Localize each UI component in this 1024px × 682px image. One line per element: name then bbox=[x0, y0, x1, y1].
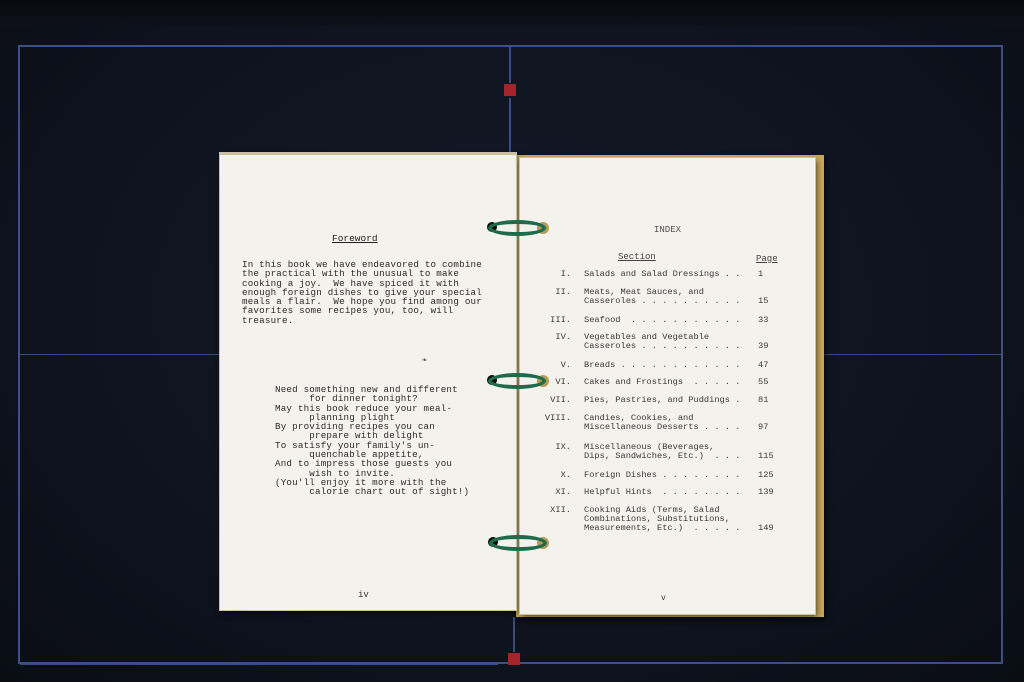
index-entry-title: Seafood . . . . . . . . . . . bbox=[584, 316, 740, 325]
index-entry-page: 39 bbox=[758, 342, 768, 351]
index-entry: VI.Cakes and Frostings . . . . .55 bbox=[520, 378, 815, 387]
index-entry-title: Pies, Pastries, and Puddings . bbox=[584, 396, 740, 405]
index-entry-number: V. bbox=[561, 361, 571, 370]
index-entry-page: 55 bbox=[758, 378, 768, 387]
binding-ring-icon bbox=[489, 535, 547, 551]
foreword-title: Foreword bbox=[332, 233, 378, 244]
index-entry-number: IV. bbox=[555, 333, 571, 342]
index-entry-number: II. bbox=[555, 288, 571, 297]
index-entry-page: 15 bbox=[758, 297, 768, 306]
index-entry-title: Helpful Hints . . . . . . . . bbox=[584, 488, 740, 497]
foreword-poem: Need something new and different for din… bbox=[275, 385, 469, 497]
index-entry-number: I. bbox=[561, 270, 571, 279]
index-entry-number: VI. bbox=[555, 378, 571, 387]
index-entry: X.Foreign Dishes . . . . . . . .125 bbox=[520, 471, 815, 480]
binding-ring-icon bbox=[488, 373, 546, 389]
guide-vertical-top bbox=[509, 47, 511, 83]
guide-horizontal-bottom-left bbox=[20, 664, 498, 665]
index-entry-number: IX. bbox=[555, 443, 571, 452]
index-entry-page: 125 bbox=[758, 471, 774, 480]
index-entry: XI.Helpful Hints . . . . . . . .139 bbox=[520, 488, 815, 497]
index-entry: IV.Vegetables and Vegetable Casseroles .… bbox=[520, 333, 815, 351]
index-header-section: Section bbox=[618, 252, 656, 262]
separator-ornament-icon: ❧ bbox=[422, 355, 427, 365]
guide-horizontal-right bbox=[824, 354, 1002, 355]
guide-vertical-upper bbox=[509, 98, 511, 153]
index-entry-title: Salads and Salad Dressings . . bbox=[584, 270, 740, 279]
index-entry-page: 1 bbox=[758, 270, 763, 279]
registration-marker-bottom bbox=[508, 653, 520, 665]
index-entry-page: 47 bbox=[758, 361, 768, 370]
index-entry-title: Candies, Cookies, and Miscellaneous Dess… bbox=[584, 414, 740, 432]
guide-vertical-lower bbox=[513, 617, 515, 652]
index-entry: III.Seafood . . . . . . . . . . .33 bbox=[520, 316, 815, 325]
index-entry-page: 97 bbox=[758, 423, 768, 432]
index-entry-page: 33 bbox=[758, 316, 768, 325]
index-header-page: Page bbox=[756, 254, 778, 264]
index-title: INDEX bbox=[654, 225, 681, 235]
index-entry: IX.Miscellaneous (Beverages, Dips, Sandw… bbox=[520, 443, 815, 461]
scanner-top-band bbox=[0, 0, 1024, 26]
foreword-paragraph: In this book we have endeavored to combi… bbox=[242, 260, 482, 325]
guide-horizontal-left bbox=[20, 354, 220, 355]
index-entry-number: VIII. bbox=[545, 414, 571, 423]
index-entry-title: Foreign Dishes . . . . . . . . bbox=[584, 471, 740, 480]
left-page-foreword: Foreword In this book we have endeavored… bbox=[220, 153, 516, 610]
page-number-right: v bbox=[661, 594, 666, 603]
index-entry-page: 149 bbox=[758, 524, 774, 533]
index-entry-number: X. bbox=[561, 471, 571, 480]
index-entry-title: Cakes and Frostings . . . . . bbox=[584, 378, 740, 387]
index-entry-number: III. bbox=[550, 316, 571, 325]
index-entry: VII.Pies, Pastries, and Puddings .81 bbox=[520, 396, 815, 405]
index-entry-title: Meats, Meat Sauces, and Casseroles . . .… bbox=[584, 288, 740, 306]
index-entry-number: XI. bbox=[555, 488, 571, 497]
registration-marker-top bbox=[504, 84, 516, 96]
index-entry-title: Vegetables and Vegetable Casseroles . . … bbox=[584, 333, 740, 351]
index-entry: I.Salads and Salad Dressings . .1 bbox=[520, 270, 815, 279]
index-entry-title: Cooking Aids (Terms, Salad Combinations,… bbox=[584, 506, 740, 533]
index-entry-title: Miscellaneous (Beverages, Dips, Sandwich… bbox=[584, 443, 740, 461]
index-entry: II.Meats, Meat Sauces, and Casseroles . … bbox=[520, 288, 815, 306]
index-entry: VIII.Candies, Cookies, and Miscellaneous… bbox=[520, 414, 815, 432]
index-entry-page: 115 bbox=[758, 452, 774, 461]
index-entry-page: 139 bbox=[758, 488, 774, 497]
index-entry: V.Breads . . . . . . . . . . . .47 bbox=[520, 361, 815, 370]
index-entry-page: 81 bbox=[758, 396, 768, 405]
index-entry-number: XII. bbox=[550, 506, 571, 515]
binding-ring-icon bbox=[488, 220, 546, 236]
right-page-index: INDEX Section Page I.Salads and Salad Dr… bbox=[520, 158, 815, 614]
index-entry-title: Breads . . . . . . . . . . . . bbox=[584, 361, 740, 370]
index-entry-number: VII. bbox=[550, 396, 571, 405]
page-number-left: iv bbox=[358, 590, 369, 600]
index-entry: XII.Cooking Aids (Terms, Salad Combinati… bbox=[520, 506, 815, 533]
